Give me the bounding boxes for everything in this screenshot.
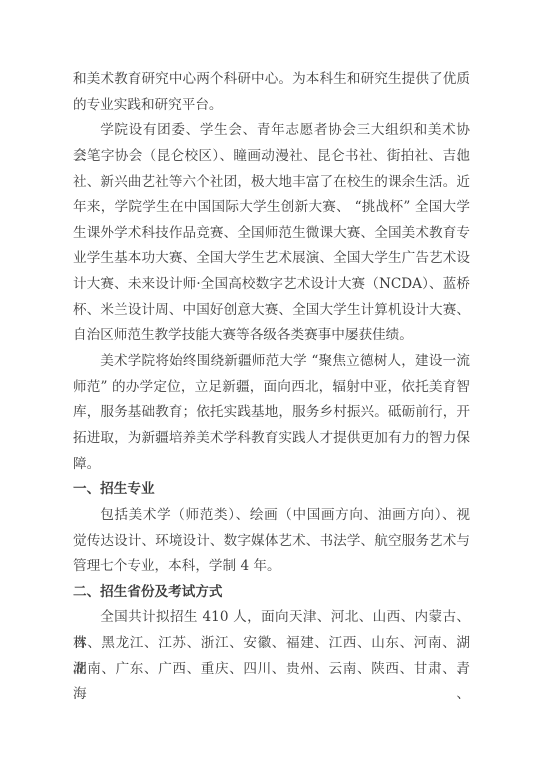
document-text-block: 和美术教育研究中心两个科研中心。为本科生和研究生提供了优质 的专业实践和研究平台… [73,67,470,682]
paragraph-line: 障。 [73,452,470,478]
paragraph-line: 自治区师范生教学技能大赛等各级各类赛事中屡获佳绩。 [73,323,470,349]
paragraph-line: 全国共计拟招生 410 人，面向天津、河北、山西、内蒙古、吉 [73,605,470,631]
paragraph-line: 管理七个专业，本科，学制 4 年。 [73,554,470,580]
paragraph-line: 社、新兴曲艺社等六个社团，极大地丰富了在校生的课余生活。近 [73,170,470,196]
paragraph-line: 的专业实践和研究平台。 [73,93,470,119]
paragraph-line: 杯、米兰设计周、中国好创意大赛、全国大学生计算机设计大赛、 [73,298,470,324]
paragraph-line: 林、黑龙江、江苏、浙江、安徽、福建、江西、山东、河南、湖北、 [73,631,470,657]
paragraph-line: 年来，学院学生在中国国际大学生创新大赛、 “挑战杯” 全国大学 [73,195,470,221]
paragraph-line: 包括美术学（师范类）、绘画（中国画方向、油画方向）、视 [73,503,470,529]
paragraph-line: 三笔字协会（昆仑校区）、瞳画动漫社、昆仑书社、街拍社、吉他 [73,144,470,170]
document-page: 和美术教育研究中心两个科研中心。为本科生和研究生提供了优质 的专业实践和研究平台… [0,0,540,764]
paragraph-line: 生课外学术科技作品竞赛、全国师范生微课大赛、全国美术教育专 [73,221,470,247]
paragraph-line: 业学生基本功大赛、全国大学生艺术展演、全国大学生广告艺术设 [73,246,470,272]
paragraph-line: 计大赛、未来设计师·全国高校数字艺术设计大赛（NCDA）、蓝桥 [73,272,470,298]
paragraph-line: 湖南、广东、广西、重庆、四川、贵州、云南、陕西、甘肃、青海、 [73,657,470,683]
paragraph-line: 学院设有团委、学生会、青年志愿者协会三大组织和美术协会、 [73,118,470,144]
paragraph-line: 美术学院将始终围绕新疆师范大学 “聚焦立德树人，建设一流 [73,349,470,375]
paragraph-line: 和美术教育研究中心两个科研中心。为本科生和研究生提供了优质 [73,67,470,93]
paragraph-line: 师范” 的办学定位，立足新疆，面向西北，辐射中亚，依托美育智 [73,375,470,401]
paragraph-line: 拓进取，为新疆培养美术学科教育实践人才提供更加有力的智力保 [73,426,470,452]
paragraph-line: 库，服务基础教育；依托实践基地，服务乡村振兴。砥砺前行，开 [73,400,470,426]
section-heading-admission-majors: 一、招生专业 [73,477,470,503]
paragraph-line: 觉传达设计、环境设计、数字媒体艺术、书法学、航空服务艺术与 [73,529,470,555]
section-heading-provinces-exam: 二、招生省份及考试方式 [73,580,470,606]
